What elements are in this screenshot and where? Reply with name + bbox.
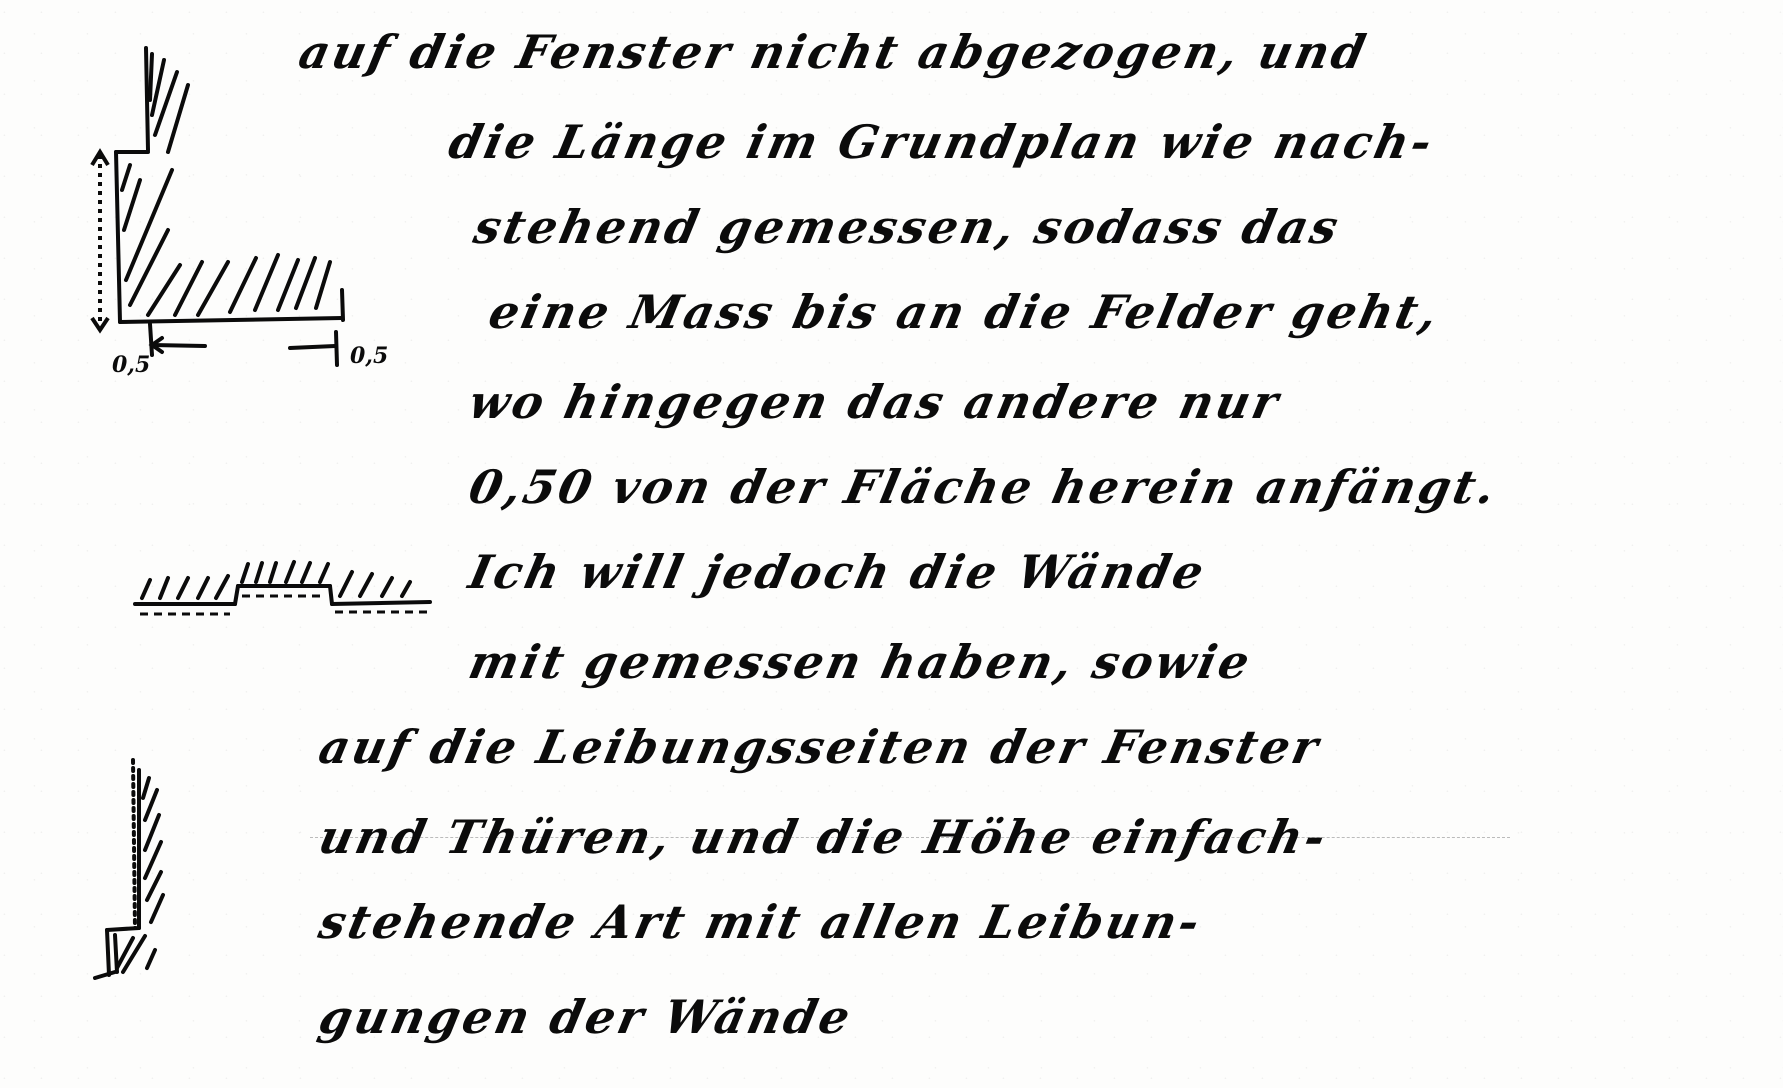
corner-section-sketch — [80, 40, 410, 370]
text-line-12: gungen der Wände — [314, 990, 857, 1044]
text-line-1: auf die Fenster nicht abgezogen, und — [294, 25, 1373, 79]
text-line-4: eine Mass bis an die Felder geht, — [484, 285, 1445, 339]
floor-recess-drawing-icon — [130, 548, 450, 618]
dimension-label-right: 0,5 — [350, 343, 388, 369]
wall-base-drawing-icon — [85, 750, 185, 980]
text-line-7: Ich will jedoch die Wände — [464, 545, 1211, 599]
floor-recess-sketch — [130, 548, 450, 618]
text-line-11: stehende Art mit allen Leibun- — [314, 895, 1207, 949]
text-line-5: wo hingegen das andere nur — [464, 375, 1286, 429]
dimension-label-left: 0,5 — [112, 352, 150, 378]
text-line-10: und Thüren, und die Höhe einfach- — [314, 810, 1333, 864]
text-line-2: die Länge im Grundplan wie nach- — [444, 115, 1439, 169]
text-line-6: 0,50 von der Fläche herein anfängt. — [464, 460, 1503, 514]
text-line-3: stehend gemessen, sodass das — [469, 200, 1345, 254]
manuscript-page: 0,5 0,5 — [0, 0, 1783, 1088]
wall-base-sketch — [85, 750, 185, 980]
text-line-8: mit gemessen haben, sowie — [464, 635, 1257, 689]
corner-section-drawing-icon — [80, 40, 410, 370]
text-line-9: auf die Leibungsseiten der Fenster — [314, 720, 1325, 774]
